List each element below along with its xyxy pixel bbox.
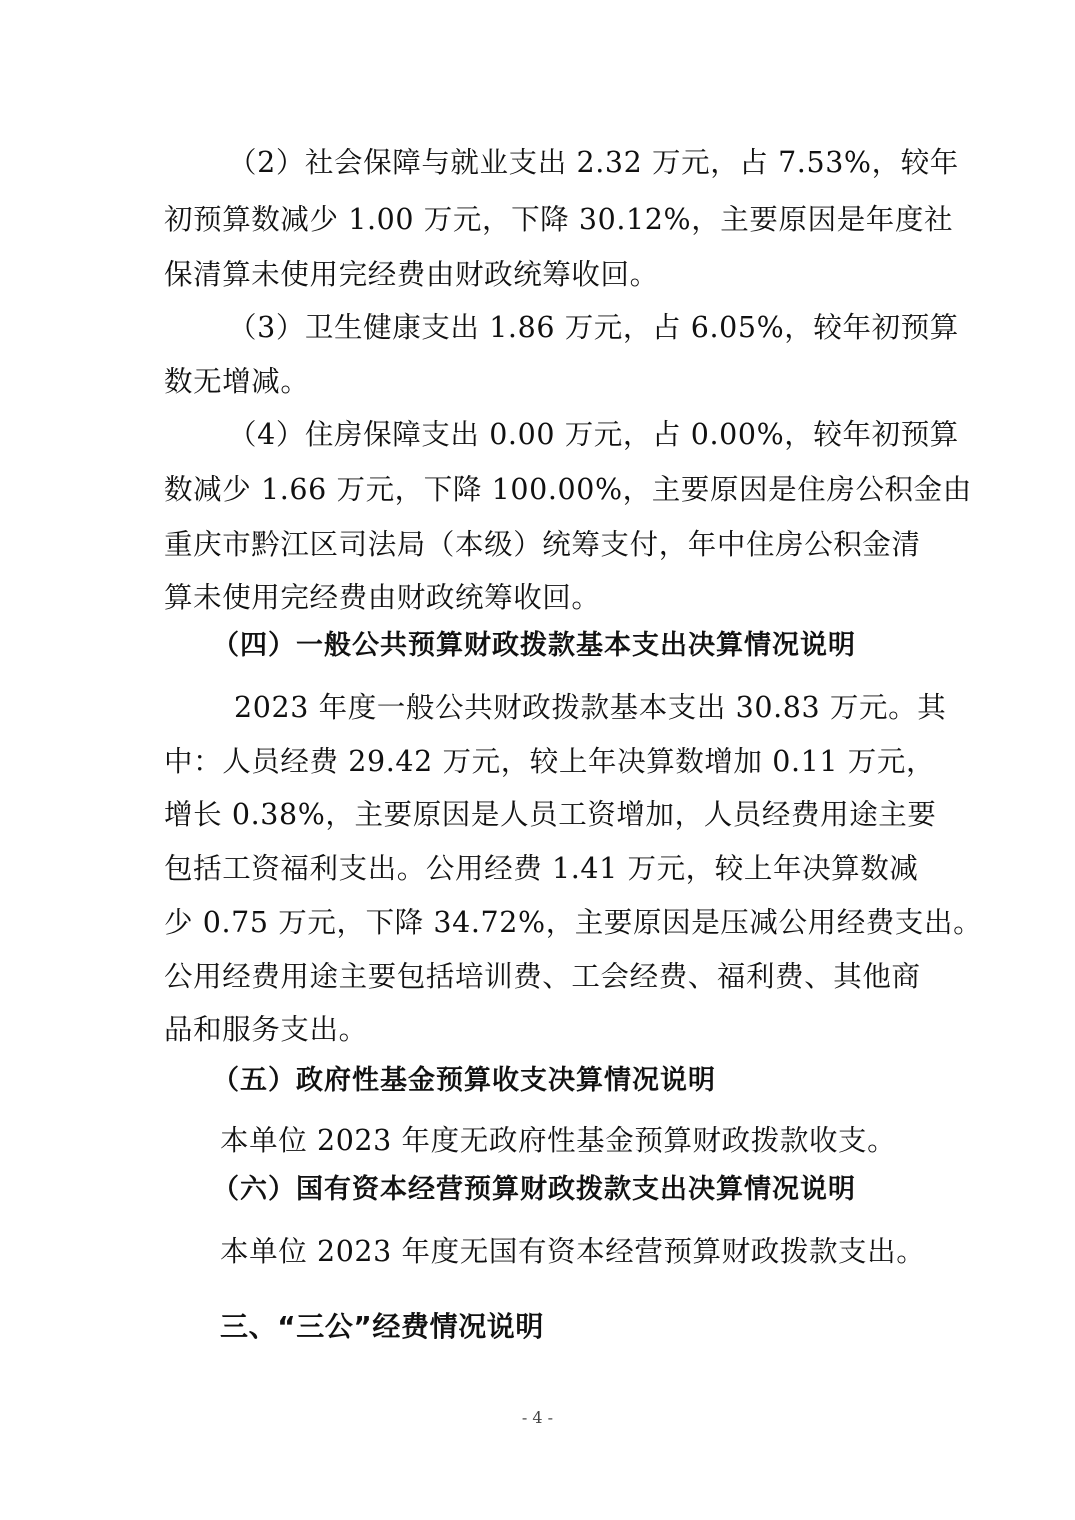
paragraph-health-line-1: （3）卫生健康支出 1.86 万元，占 6.05%，较年初预算 bbox=[228, 308, 959, 348]
paragraph-housing-line-2: 数减少 1.66 万元，下降 100.00%，主要原因是住房公积金由 bbox=[164, 470, 972, 510]
paragraph-social-security-line-1: （2）社会保障与就业支出 2.32 万元，占 7.53%，较年 bbox=[228, 143, 959, 183]
paragraph-basic-line-5: 少 0.75 万元，下降 34.72%，主要原因是压减公用经费支出。 bbox=[164, 903, 982, 943]
paragraph-basic-line-1: 2023 年度一般公共财政拨款基本支出 30.83 万元。其 bbox=[234, 688, 946, 728]
heading-basic-expenditure: （四）一般公共预算财政拨款基本支出决算情况说明 bbox=[212, 626, 856, 666]
paragraph-housing-line-3: 重庆市黔江区司法局（本级）统筹支付，年中住房公积金清 bbox=[164, 525, 921, 565]
paragraph-housing-line-4: 算未使用完经费由财政统筹收回。 bbox=[164, 578, 601, 618]
paragraph-social-security-line-3: 保清算未使用完经费由财政统筹收回。 bbox=[164, 255, 659, 295]
paragraph-basic-line-2: 中：人员经费 29.42 万元，较上年决算数增加 0.11 万元， bbox=[164, 742, 935, 782]
section-heading-three-public-expenses: 三、“三公”经费情况说明 bbox=[220, 1307, 544, 1347]
paragraph-social-security-line-2: 初预算数减少 1.00 万元，下降 30.12%，主要原因是年度社 bbox=[164, 200, 953, 240]
paragraph-housing-line-1: （4）住房保障支出 0.00 万元，占 0.00%，较年初预算 bbox=[228, 415, 959, 455]
paragraph-state-capital: 本单位 2023 年度无国有资本经营预算财政拨款支出。 bbox=[220, 1232, 925, 1272]
paragraph-basic-line-4: 包括工资福利支出。公用经费 1.41 万元，较上年决算数减 bbox=[164, 849, 918, 889]
paragraph-basic-line-6: 公用经费用途主要包括培训费、工会经费、福利费、其他商 bbox=[164, 957, 921, 997]
page-number: - 4 - bbox=[0, 1408, 1075, 1427]
paragraph-government-fund: 本单位 2023 年度无政府性基金预算财政拨款收支。 bbox=[220, 1121, 896, 1161]
heading-government-fund: （五）政府性基金预算收支决算情况说明 bbox=[212, 1061, 716, 1101]
paragraph-health-line-2: 数无增减。 bbox=[164, 362, 310, 402]
paragraph-basic-line-3: 增长 0.38%，主要原因是人员工资增加，人员经费用途主要 bbox=[164, 795, 937, 835]
paragraph-basic-line-7: 品和服务支出。 bbox=[164, 1010, 368, 1050]
heading-state-capital: （六）国有资本经营预算财政拨款支出决算情况说明 bbox=[212, 1170, 856, 1210]
